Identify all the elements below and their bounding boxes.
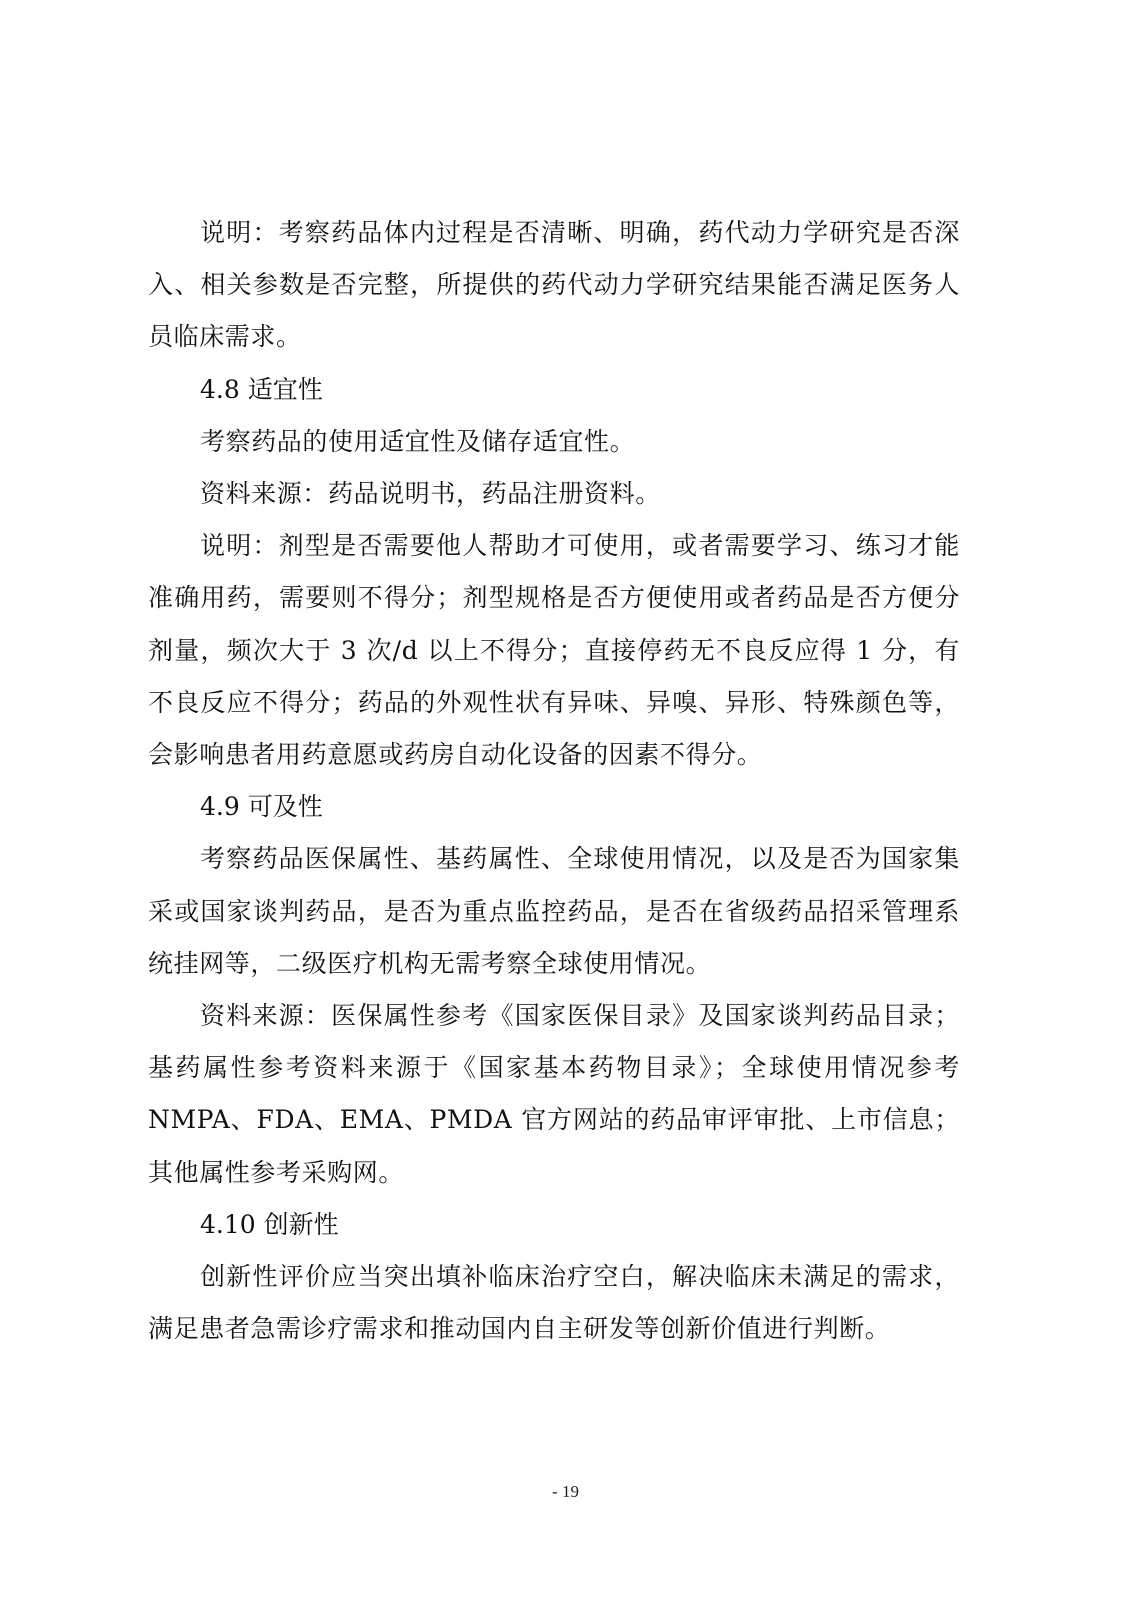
paragraph-suitability-source: 资料来源：药品说明书，药品注册资料。 — [148, 468, 960, 520]
paragraph-accessibility-intro: 考察药品医保属性、基药属性、全球使用情况，以及是否为国家集采或国家谈判药品，是否… — [148, 833, 960, 990]
paragraph-innovation-intro: 创新性评价应当突出填补临床治疗空白，解决临床未满足的需求，满足患者急需诊疗需求和… — [148, 1251, 960, 1355]
paragraph-suitability-explanation: 说明：剂型是否需要他人帮助才可使用，或者需要学习、练习才能准确用药，需要则不得分… — [148, 520, 960, 781]
section-heading-4-9: 4.9 可及性 — [148, 781, 960, 833]
document-body: 说明：考察药品体内过程是否清晰、明确，药代动力学研究是否深入、相关参数是否完整，… — [148, 207, 960, 1355]
section-heading-4-8: 4.8 适宜性 — [148, 364, 960, 416]
page-number: - 19 — [0, 1482, 1131, 1502]
section-heading-4-10: 4.10 创新性 — [148, 1199, 960, 1251]
paragraph-pk-explanation: 说明：考察药品体内过程是否清晰、明确，药代动力学研究是否深入、相关参数是否完整，… — [148, 207, 960, 364]
paragraph-suitability-intro: 考察药品的使用适宜性及储存适宜性。 — [148, 416, 960, 468]
paragraph-accessibility-source: 资料来源：医保属性参考《国家医保目录》及国家谈判药品目录；基药属性参考资料来源于… — [148, 990, 960, 1199]
